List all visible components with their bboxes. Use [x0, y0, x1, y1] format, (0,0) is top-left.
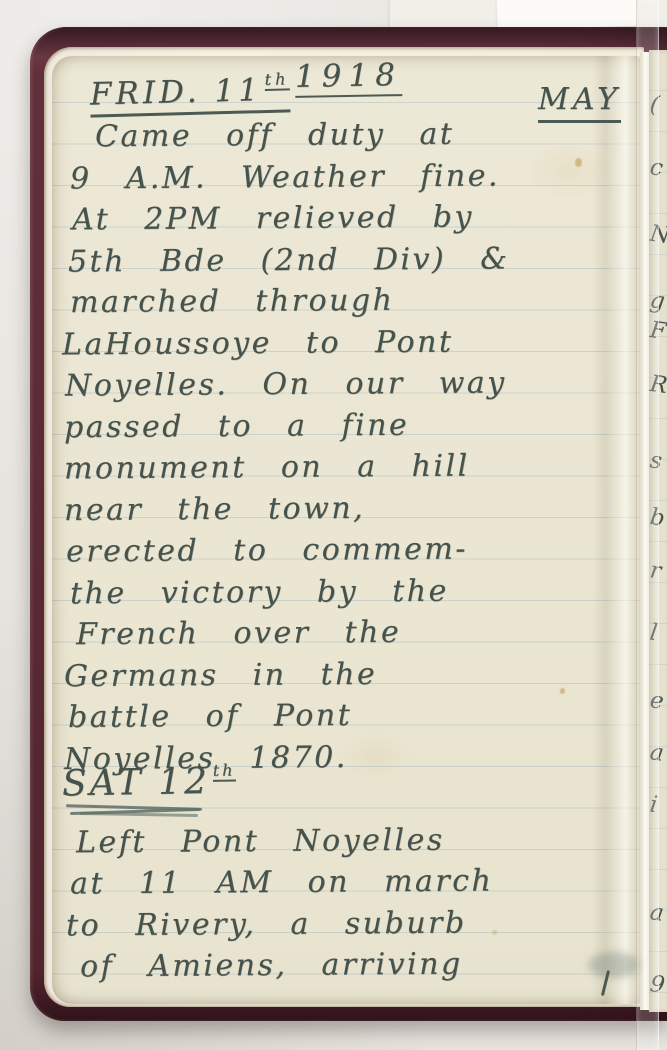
entry-day-label: SAT 12	[62, 761, 211, 805]
age-spot	[575, 158, 582, 167]
entry-day-suffix: th	[213, 760, 236, 781]
diary-line: near the town,	[64, 489, 365, 531]
entry-heading-friday-11: FRID. 11th	[89, 71, 290, 117]
diary-line: At 2PM relieved by	[72, 198, 474, 241]
page-crease	[592, 56, 640, 1004]
diary-line: Germans in the	[64, 655, 378, 697]
ink-smudge	[588, 952, 640, 978]
year-heading: 1918	[295, 57, 403, 98]
entry-heading-saturday-12: SAT 12th	[62, 760, 236, 804]
diary-line: battle of Pont	[68, 696, 352, 738]
diary-line: Noyelles. On our way	[65, 363, 507, 406]
diary-line: the victory by the	[70, 572, 449, 615]
diary-line: monument on a hill	[64, 447, 470, 490]
diary-line: Left Pont Noyelles	[76, 821, 445, 864]
diary-line: Came off duty at	[95, 115, 455, 158]
age-spot	[492, 930, 497, 935]
diary-line: of Amiens, arriving	[80, 945, 463, 988]
diary-line: erected to commem-	[66, 530, 468, 573]
age-spot	[560, 688, 565, 694]
diary-line: marched through	[70, 281, 395, 323]
background-paper-sheet-2	[496, 0, 637, 30]
month-heading: MAY	[538, 82, 621, 123]
entry-day-suffix: th	[264, 69, 289, 91]
diary-line: French over the	[76, 613, 401, 655]
diary-line: at 11 AM on march	[70, 862, 494, 905]
diary-photo: ( c N g F R s b r l e a i a 9 FRID. 11th…	[0, 0, 667, 1050]
diary-line: to Rivery, a suburb	[66, 904, 467, 947]
diary-line: passed to a fine	[64, 406, 410, 448]
entry-day-label: FRID. 11	[89, 72, 262, 112]
diary-line: 5th Bde (2nd Div) &	[68, 239, 510, 282]
diary-line: LaHoussoye to Pont	[62, 323, 454, 366]
plastic-strip	[636, 0, 659, 1050]
diary-line: 9 A.M. Weather fine.	[70, 156, 500, 199]
